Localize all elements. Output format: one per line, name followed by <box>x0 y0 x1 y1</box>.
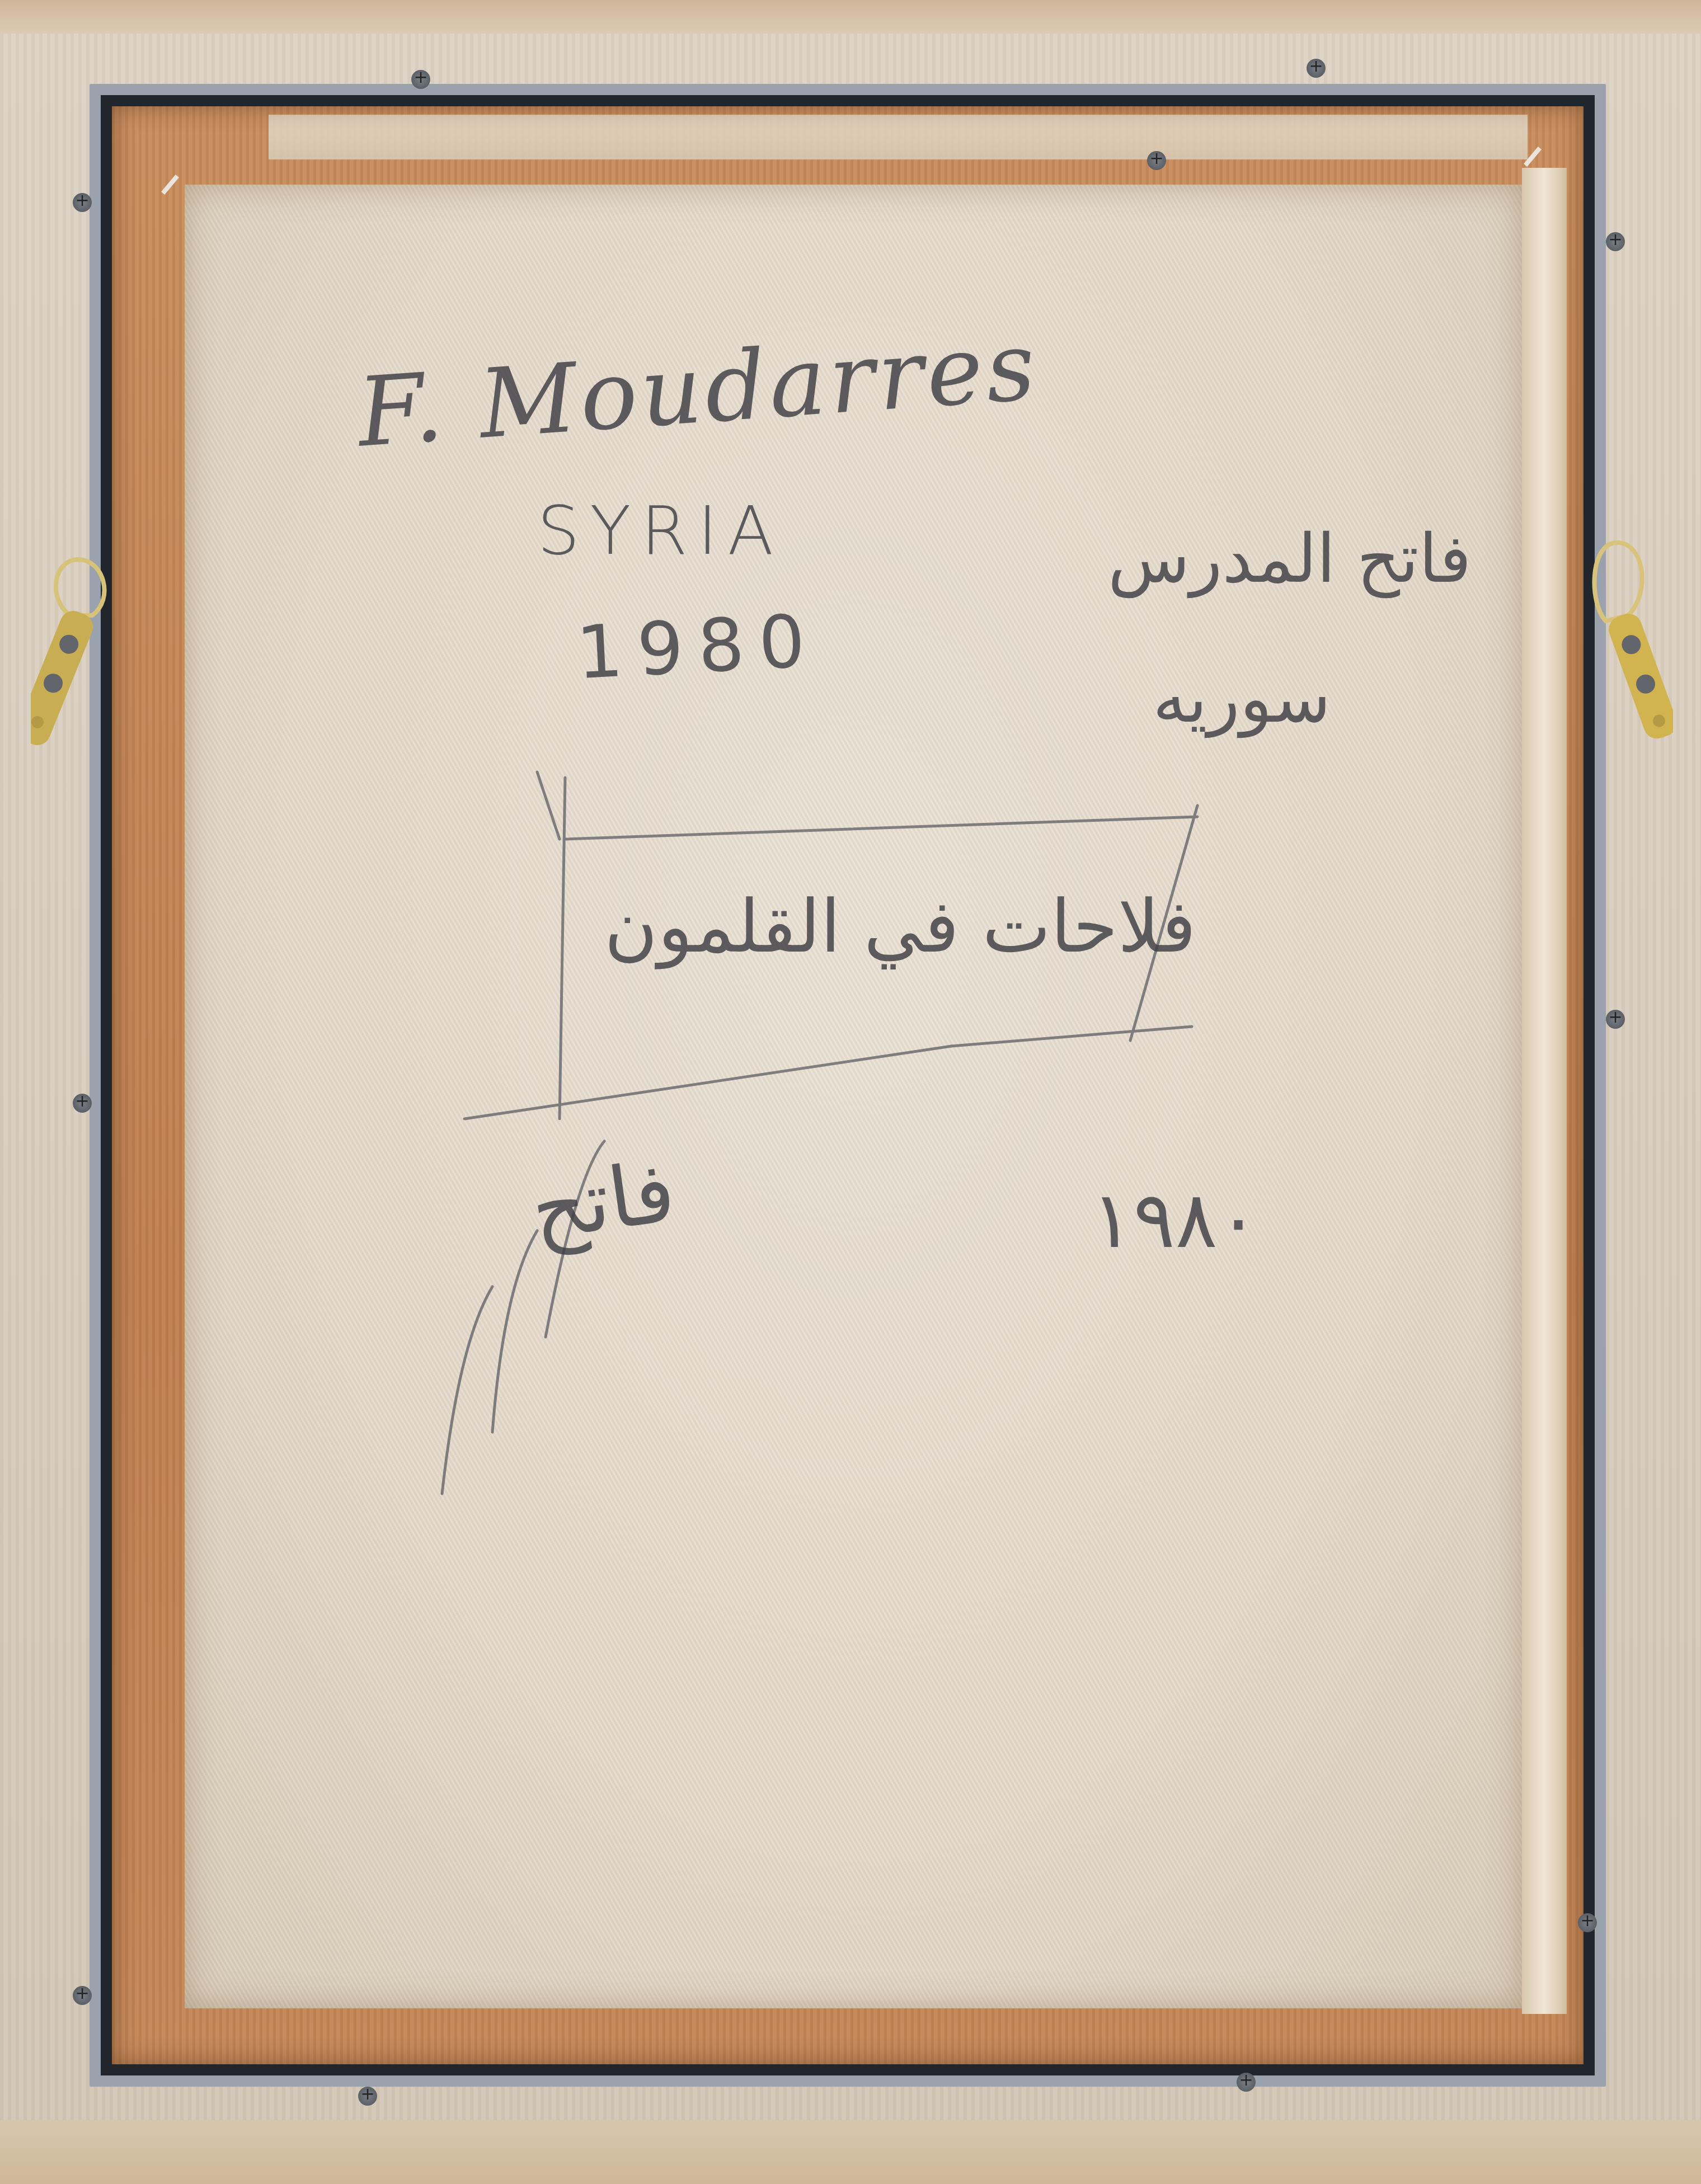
inscription-artist-name-arabic: فاتح المدرس <box>1108 520 1472 598</box>
d-ring-hanger-icon <box>1567 531 1673 744</box>
inscription-country-latin: SYRIA <box>537 492 783 570</box>
inscription-year-arabic: ١٩٨٠ <box>1091 1175 1260 1266</box>
inscription-country-arabic: سوريه <box>1153 660 1331 738</box>
inscription-year-latin: 1980 <box>574 598 821 696</box>
right-hanger <box>1567 531 1628 716</box>
d-ring-hanger-icon <box>31 548 126 761</box>
inscription-title-arabic: فلاحات في القلمون <box>604 884 1196 969</box>
inscription-signature-arabic: فاتح <box>525 1143 681 1259</box>
left-hanger <box>31 548 92 733</box>
